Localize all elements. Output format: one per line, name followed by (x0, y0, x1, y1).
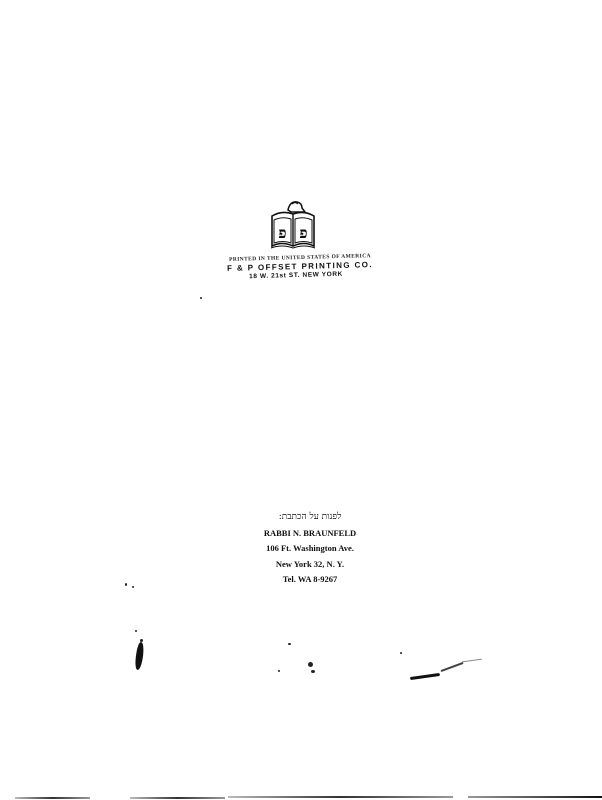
open-book-lion-icon: פ פ (268, 198, 318, 253)
speck (125, 583, 127, 586)
svg-text:פ: פ (299, 224, 307, 242)
speck (311, 670, 315, 673)
stamp-phone: Tel. WA 8-9267 (240, 572, 380, 588)
printer-imprint: PRINTED IN THE UNITED STATES OF AMERICA … (200, 255, 400, 279)
speck (400, 652, 402, 654)
printer-logo: פ פ (268, 198, 318, 253)
scan-edge-line (15, 797, 90, 799)
scan-edge-line (228, 796, 453, 798)
ink-stroke-right-2 (440, 662, 463, 672)
stamp-name: RABBI N. BRAUNFELD (240, 526, 380, 542)
stamp-city: New York 32, N. Y. (240, 557, 380, 573)
scan-edge-line (130, 797, 225, 799)
svg-text:פ: פ (278, 224, 286, 242)
stamp-street: 106 Ft. Washington Ave. (240, 541, 380, 557)
ink-stroke-right (410, 673, 440, 680)
speck (278, 670, 280, 672)
address-stamp: לפנות על הכתבת: RABBI N. BRAUNFELD 106 F… (240, 510, 380, 588)
speck (132, 586, 134, 588)
scan-edge-line (468, 796, 602, 798)
stamp-hebrew-heading: לפנות על הכתבת: (240, 510, 380, 526)
speck (140, 639, 143, 642)
speck (288, 643, 291, 645)
speck (200, 297, 202, 299)
speck (308, 662, 313, 667)
ink-stroke-right-3 (462, 659, 482, 663)
ink-blot-left (134, 642, 145, 671)
speck (135, 630, 137, 632)
